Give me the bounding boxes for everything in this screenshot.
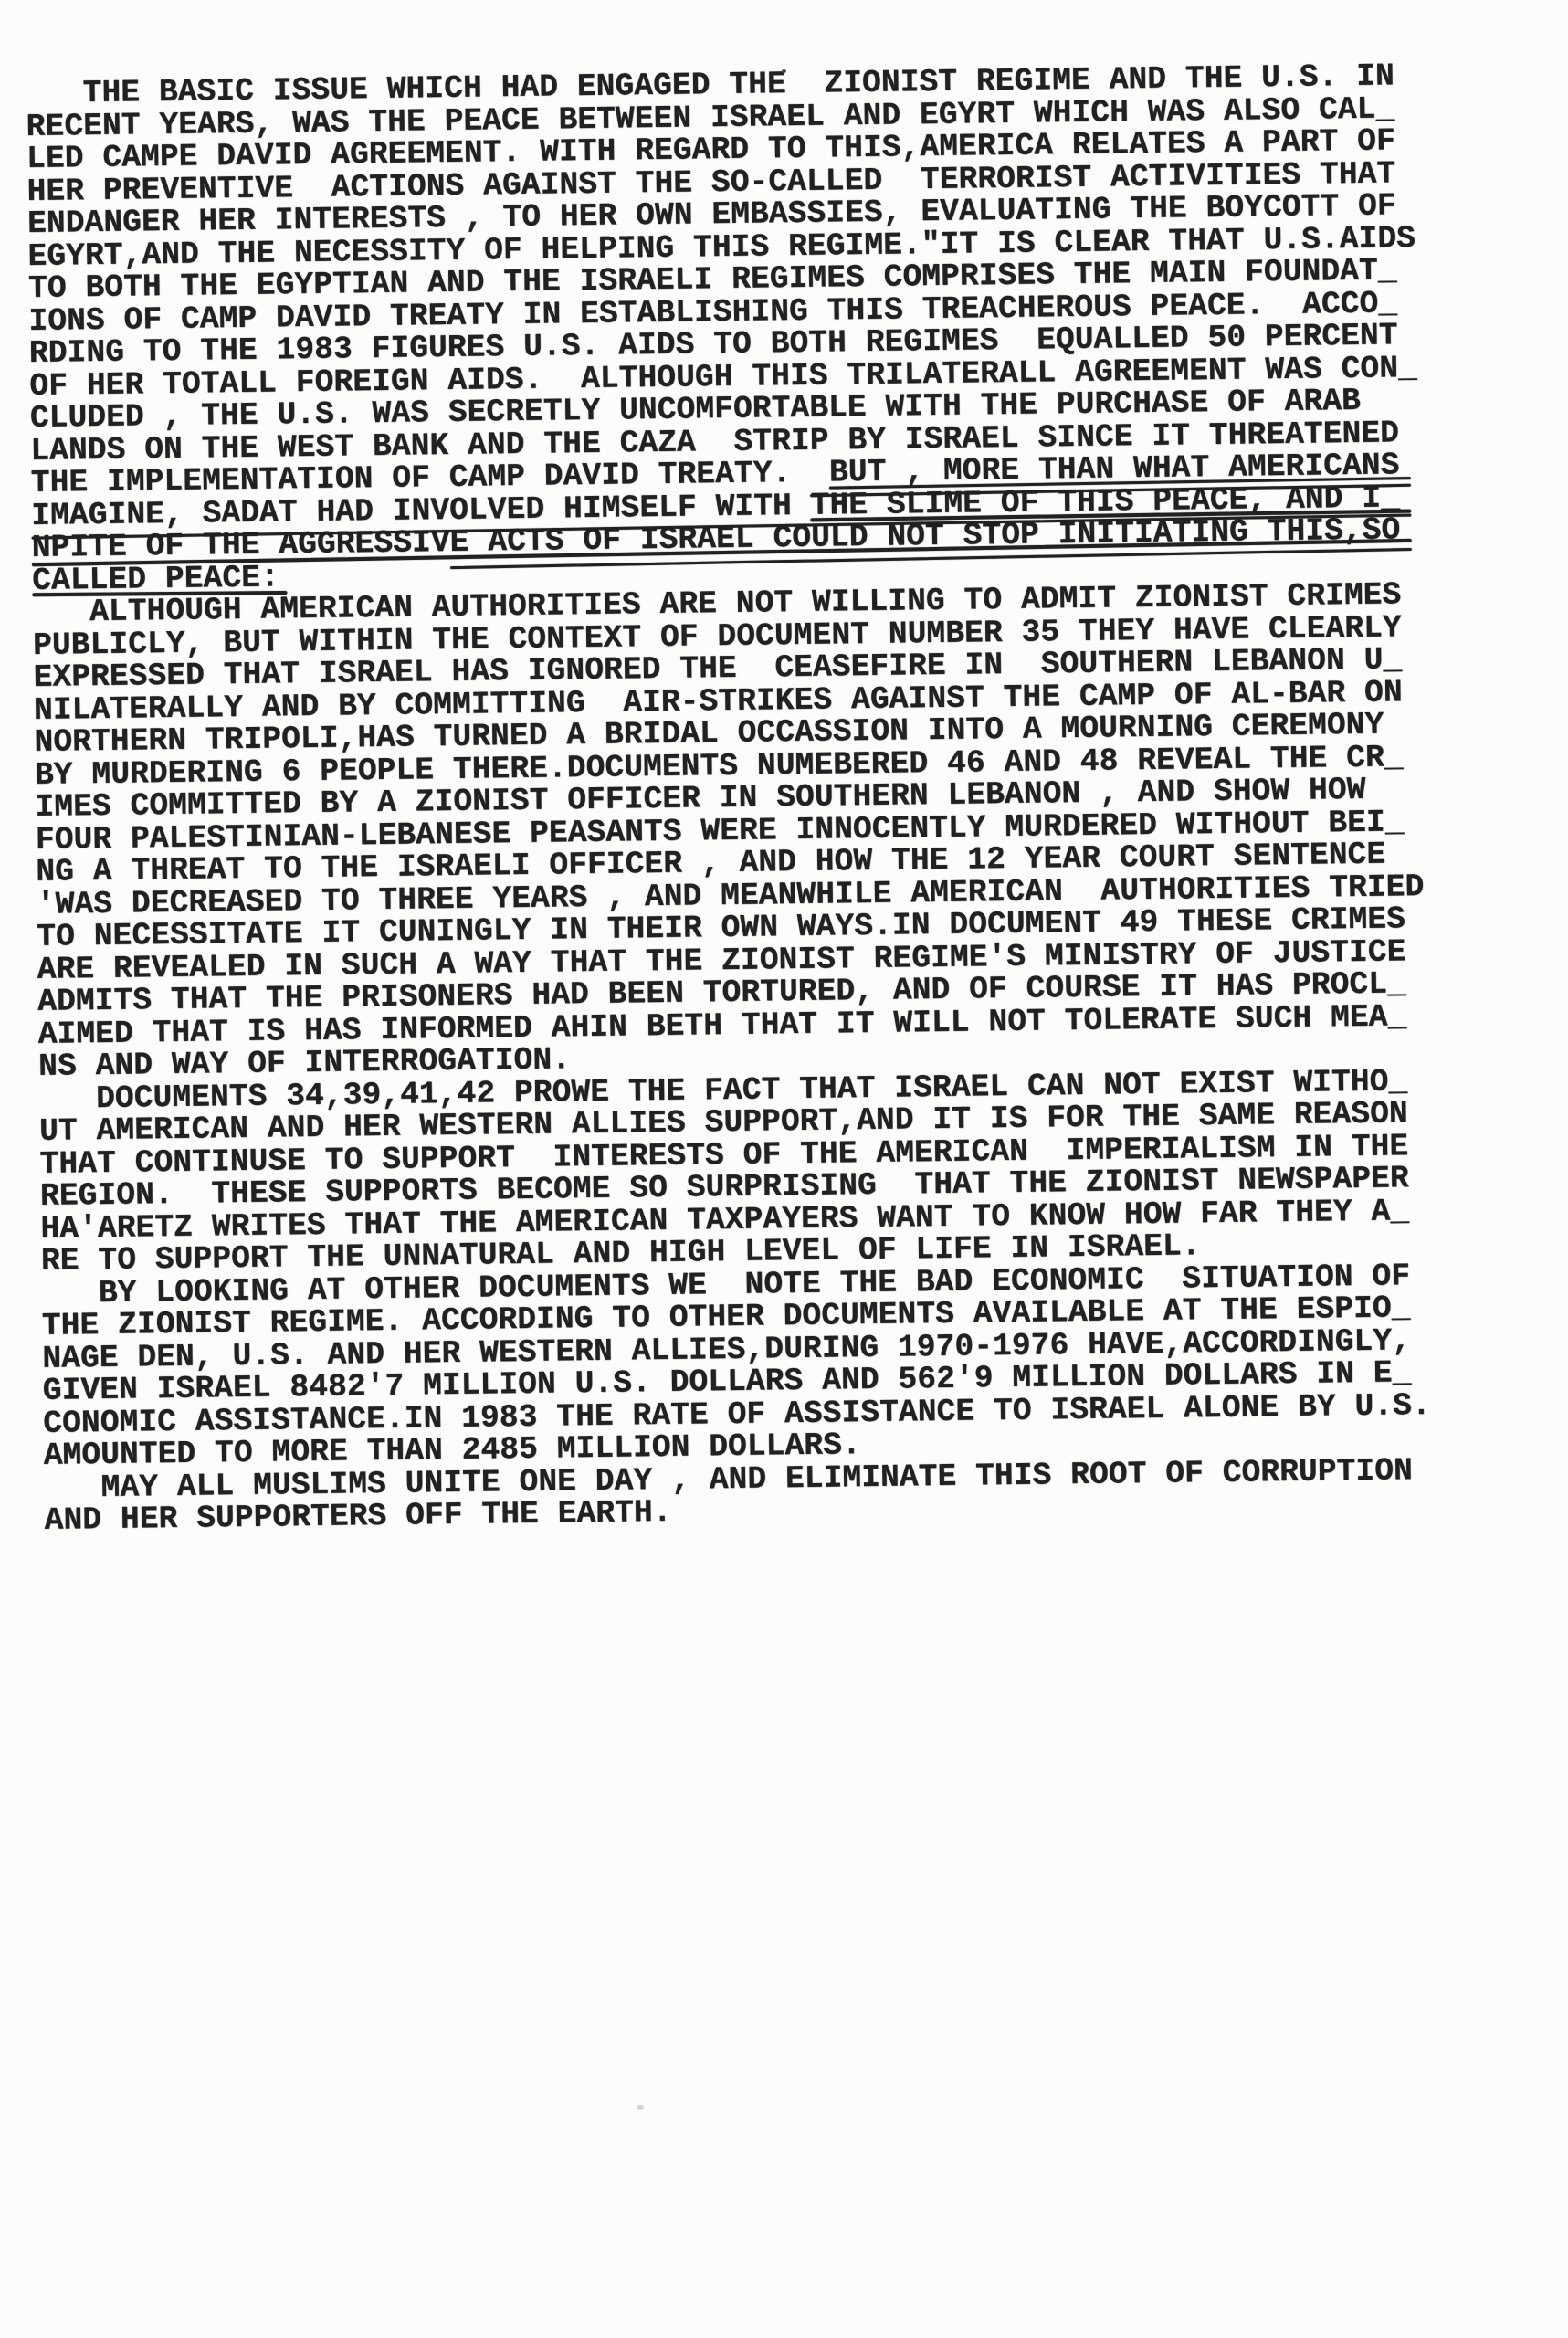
ink-speck xyxy=(637,2105,644,2110)
typewritten-text-block: THE BASIC ISSUE WHICH HAD ENGAGED THE ZI… xyxy=(26,59,1488,1537)
scanned-document: { "page": { "background": "#fcfcfb", "in… xyxy=(0,0,1568,2338)
document-page: THE BASIC ISSUE WHICH HAD ENGAGED THE ZI… xyxy=(0,0,1568,2338)
ink-speck xyxy=(782,69,786,73)
